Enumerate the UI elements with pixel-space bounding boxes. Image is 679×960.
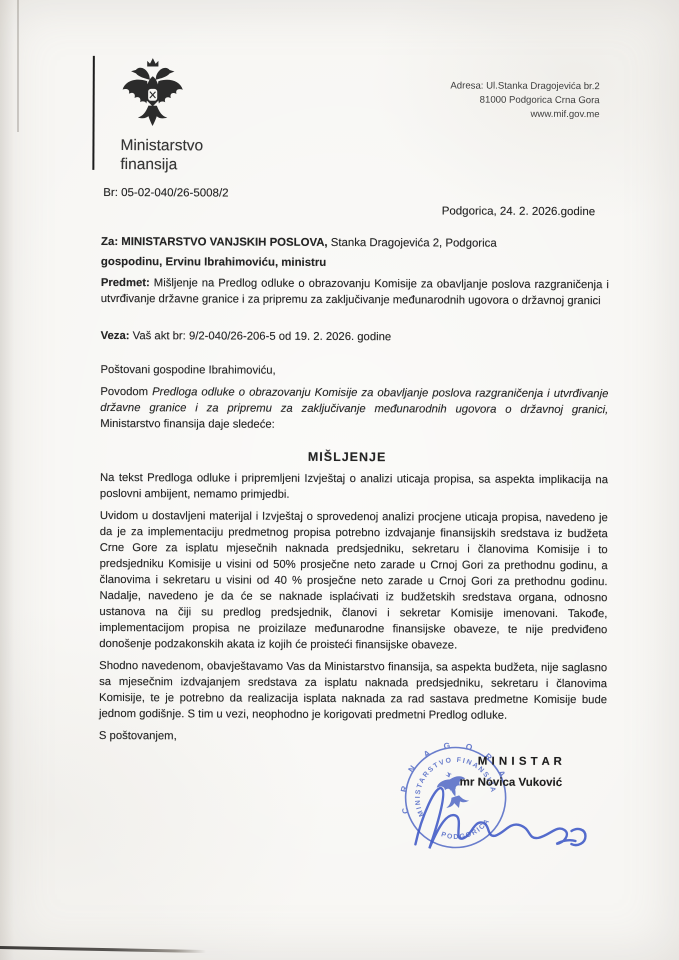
veza-text: Vaš akt br: 9/2-040/26-206-5 od 19. 2. 2… <box>129 330 391 343</box>
recipient-block: Za: MINISTARSTVO VANJSKIH POSLOVA, Stank… <box>101 232 609 274</box>
place-and-date: Podgorica, 24. 2. 2026.godine <box>301 205 595 218</box>
veza-block: Veza: Vaš akt br: 9/2-040/26-206-5 od 19… <box>101 328 609 346</box>
paragraph-2: Uvidom u dostavljeni materijal i Izvješt… <box>99 508 608 654</box>
veza-label: Veza: <box>101 330 130 342</box>
recipient-line1: Za: MINISTARSTVO VANJSKIH POSLOVA, Stank… <box>101 232 609 254</box>
intro-italic: Predloga odluke o obrazovanju Komisije z… <box>100 386 608 416</box>
subject-text: Mišljenje na Predlog odluke o obrazovanj… <box>101 277 609 307</box>
paragraph-3: Shodno navedenom, obavještavamo Vas da M… <box>99 658 607 724</box>
ministry-name-line1: Ministarstvo <box>120 137 203 156</box>
minister-title: M I N I S T A R <box>478 756 563 768</box>
paragraph-1: Na tekst Predloga odluke i pripremljeni … <box>100 470 608 504</box>
coat-of-arms-icon <box>118 55 188 135</box>
recipient-org: Za: MINISTARSTVO VANJSKIH POSLOVA, <box>101 236 328 249</box>
address-website: www.mif.gov.me <box>362 107 600 122</box>
subject-label: Predmet: <box>101 277 150 289</box>
address-line2: 81000 Podgorica Crna Gora <box>362 93 600 108</box>
body-paragraphs: Na tekst Predloga odluke i pripremljeni … <box>99 470 608 752</box>
minister-name: mr Novica Vuković <box>460 777 563 789</box>
intro-prefix: Povodom <box>100 386 152 398</box>
closing-line: S poštovanjem, <box>99 728 607 746</box>
ministry-name-line2: finansija <box>120 156 203 175</box>
ministry-name: Ministarstvo finansija <box>120 137 203 174</box>
ministry-address: Adresa: Ul.Stanka Dragojevića br.2 81000… <box>362 79 600 122</box>
salutation: Poštovani gospodine Ibrahimoviću, <box>100 362 608 380</box>
opinion-title: MIŠLJENJE <box>94 449 600 465</box>
header-divider-bar <box>92 56 94 170</box>
address-line1: Adresa: Ul.Stanka Dragojevića br.2 <box>362 79 600 94</box>
reference-number: Br: 05-02-040/26-5008/2 <box>103 187 228 200</box>
recipient-person: gospodinu, Ervinu Ibrahimoviću, ministru <box>101 252 609 274</box>
intro-paragraph: Povodom Predloga odluke o obrazovanju Ko… <box>100 384 608 434</box>
subject-block: Predmet: Mišljenje na Predlog odluke o o… <box>101 275 609 309</box>
letter-content: Ministarstvo finansija Adresa: Ul.Stanka… <box>0 0 679 960</box>
intro-suffix: Ministarstvo finansija daje sledeće: <box>100 418 275 431</box>
recipient-org-address: Stanka Dragojevića 2, Podgorica <box>328 237 497 250</box>
document-page: Ministarstvo finansija Adresa: Ul.Stanka… <box>0 0 679 960</box>
